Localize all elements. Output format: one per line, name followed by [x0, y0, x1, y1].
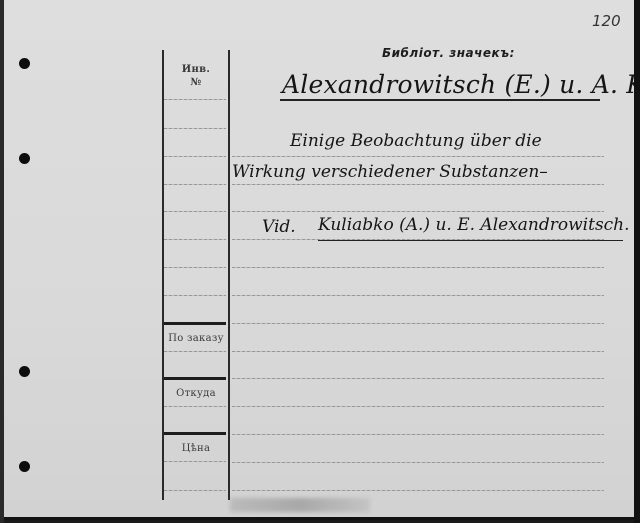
ruled-line: [232, 406, 604, 407]
ruled-line: [164, 99, 226, 100]
ruled-line: [232, 351, 604, 352]
punch-hole: [19, 153, 30, 164]
ruled-line: [164, 406, 226, 407]
ruled-line: [232, 462, 604, 463]
author-entry: Alexandrowitsch (E.) u. A. Kuliabko: [282, 70, 640, 99]
see-reference-underline: [318, 240, 623, 241]
ruled-line: [232, 378, 604, 379]
by-order-label: По заказу: [164, 333, 228, 344]
ruled-line: [232, 295, 604, 296]
section-divider: [164, 322, 226, 325]
ruled-line: [232, 156, 604, 157]
ruled-line: [232, 267, 604, 268]
section-divider: [164, 377, 226, 380]
see-reference: Kuliabko (A.) u. E. Alexandrowitsch.: [318, 215, 630, 235]
ruled-line: [164, 267, 226, 268]
section-divider: [164, 432, 226, 435]
inventory-label: Инв.: [164, 64, 228, 75]
number-sign: №: [164, 77, 228, 88]
card-number: 120: [592, 12, 621, 30]
ruled-line: [232, 434, 604, 435]
ruled-line: [164, 128, 226, 129]
ruled-line: [164, 295, 226, 296]
ruled-line: [164, 461, 226, 462]
ruled-line: [232, 211, 604, 212]
smudge-mark: [230, 498, 370, 512]
price-label: Цѣна: [164, 443, 228, 454]
ruled-line: [164, 351, 226, 352]
ruled-line: [164, 490, 226, 491]
left-column-divider: [228, 50, 230, 500]
title-line-1: Einige Beobachtung über die: [290, 131, 542, 151]
catalog-card: 120 Инв. № По заказу Откуда Цѣна Библіот…: [0, 0, 636, 520]
title-line-2: Wirkung verschiedener Substanzen–: [232, 162, 548, 182]
author-underline: [280, 99, 600, 101]
punch-hole: [19, 366, 30, 377]
ruled-line: [164, 211, 226, 212]
library-mark-label: Библіот. значекъ:: [382, 46, 515, 60]
punch-hole: [19, 461, 30, 472]
see-prefix: Vid.: [262, 217, 296, 237]
from-where-label: Откуда: [164, 388, 228, 399]
ruled-line: [164, 239, 226, 240]
ruled-line: [164, 184, 226, 185]
scan-edge-right: [634, 0, 640, 523]
ruled-line: [232, 184, 604, 185]
punch-hole: [19, 58, 30, 69]
ruled-line: [232, 490, 604, 491]
ruled-line: [232, 323, 604, 324]
ruled-line: [164, 156, 226, 157]
scan-edge-left: [0, 0, 4, 523]
